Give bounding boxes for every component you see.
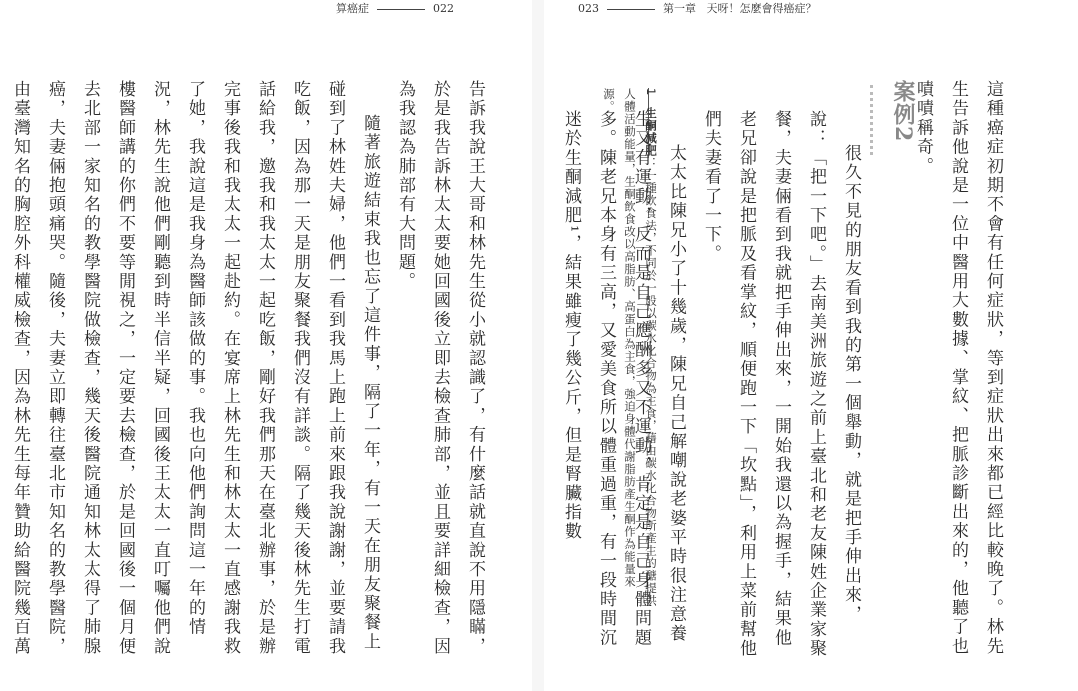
right-page-header: 023第一章 天呀！怎麼會得癌症？ [578,0,817,18]
page-number-left: 022 [433,2,454,15]
footnote-text: ：一種飲食法，不同於一般以碳水化合物為主食，藉由碳水化合物所產生的醣提供人體活動… [602,88,658,607]
case-heading: 案例2 [879,80,919,150]
left-page-body: 告訴我說王大哥和林先生從小就認識了，有什麼話就直說不用隱瞞，於是我告訴林太太要她… [62,80,492,660]
chapter-number: 第一章 [663,2,696,15]
page-number-right: 023 [578,2,599,15]
footnote-term: 生酮減肥 [644,107,658,157]
left-page: 算癌症022 告訴我說王大哥和林先生從小就認識了，有什麼話就直說不用隱瞞，於是我… [0,0,532,691]
paragraph: 隨著旅遊結束我也忘了這件事，隔了一年，有一天在朋友聚餐上碰到了林姓夫婦，他們一看… [0,80,387,660]
left-page-header: 算癌症022 [336,0,454,18]
book-title: 算癌症 [336,2,369,15]
case-body: 很久不見的朋友看到我的第一個舉動，就是把手伸出來，說：「把一下吧。」去南美洲旅遊… [668,110,868,660]
paragraph: 很久不見的朋友看到我的第一個舉動，就是把手伸出來，說：「把一下吧。」去南美洲旅遊… [693,110,868,660]
case-heading-dots [870,85,873,155]
chapter-title: 天呀！怎麼會得癌症？ [707,2,817,15]
footnote: 1 生酮減肥：一種飲食法，不同於一般以碳水化合物為主食，藉由碳水化合物所產生的醣… [598,88,661,608]
right-page-continuation: 這種癌症初期不會有任何症狀，等到症狀出來都已經比較晚了。林先生告訴他說是一位中醫… [930,80,1010,660]
header-rule [607,9,655,10]
header-rule [377,9,425,10]
footnote-number: 1 [640,88,661,96]
paragraph: 這種癌症初期不會有任何症狀，等到症狀出來都已經比較晚了。林先生告訴他說是一位中醫… [905,80,1010,660]
paragraph: 告訴我說王大哥和林先生從小就認識了，有什麼話就直說不用隱瞞，於是我告訴林太太要她… [387,80,492,660]
